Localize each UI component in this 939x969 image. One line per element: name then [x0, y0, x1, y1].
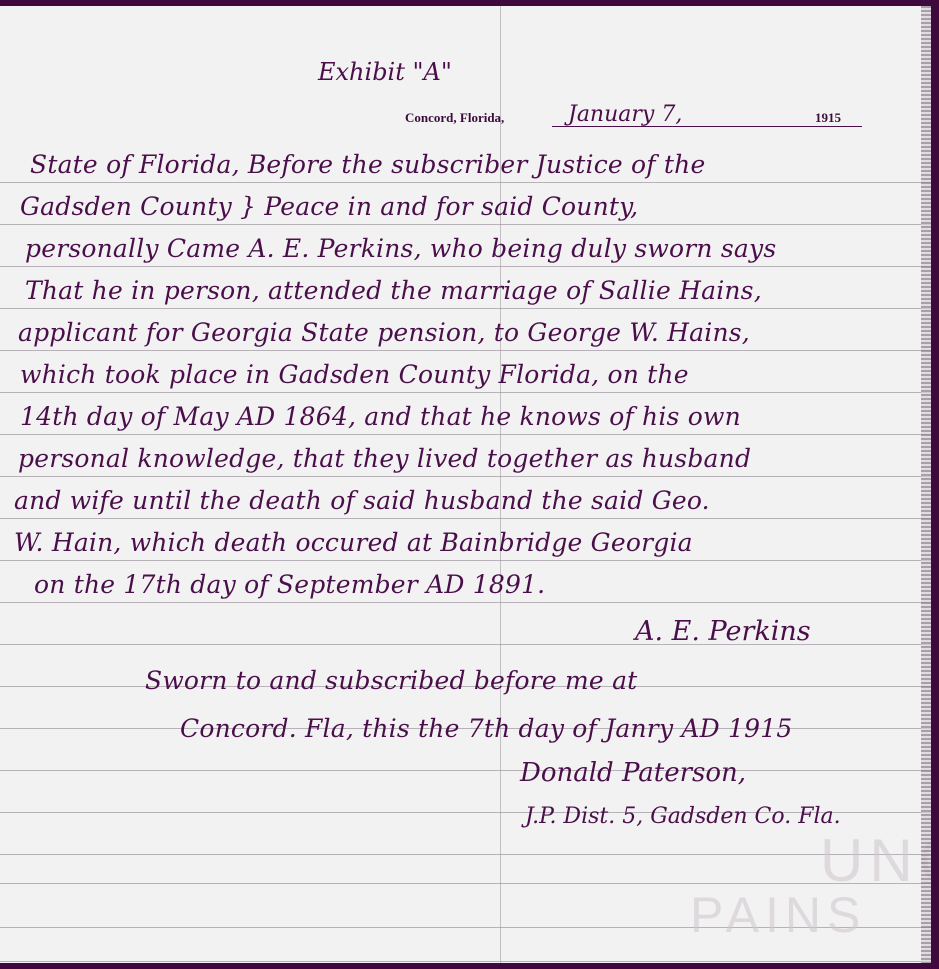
- official-title: J.P. Dist. 5, Gadsden Co. Fla.: [525, 804, 841, 829]
- exhibit-title: Exhibit "A": [318, 58, 452, 86]
- printed-year: 1915: [815, 110, 841, 126]
- ruled-line: [0, 518, 931, 519]
- body-line: State of Florida, Before the subscriber …: [30, 150, 705, 179]
- body-line: Gadsden County } Peace in and for said C…: [20, 192, 638, 221]
- ruled-line: [0, 961, 931, 962]
- ruled-line: [0, 350, 931, 351]
- body-line: personal knowledge, that they lived toge…: [18, 444, 751, 473]
- body-line: personally Came A. E. Perkins, who being…: [25, 234, 776, 263]
- ruled-line: [0, 770, 931, 771]
- faint-stamp: UNG: [820, 826, 931, 895]
- ruled-line: [0, 266, 931, 267]
- ruled-line: [0, 392, 931, 393]
- ruled-line: [0, 182, 931, 183]
- jurat-line: Sworn to and subscribed before me at: [145, 666, 637, 695]
- body-line: on the 17th day of September AD 1891.: [34, 570, 545, 599]
- printed-place: Concord, Florida,: [405, 110, 504, 126]
- document-page: UNG PAINS Exhibit "A" Concord, Florida, …: [0, 6, 931, 963]
- faint-stamp: PAINS: [690, 886, 866, 944]
- handwritten-date: January 7,: [568, 102, 682, 127]
- affiant-signature: A. E. Perkins: [635, 616, 811, 647]
- ruled-line: [0, 854, 931, 855]
- official-signature: Donald Paterson,: [520, 758, 746, 788]
- ruled-line: [0, 883, 931, 884]
- body-line: 14th day of May AD 1864, and that he kno…: [20, 402, 741, 431]
- body-line: which took place in Gadsden County Flori…: [20, 360, 689, 389]
- body-line: and wife until the death of said husband…: [14, 486, 710, 515]
- ruled-line: [0, 224, 931, 225]
- body-line: W. Hain, which death occured at Bainbrid…: [14, 528, 693, 557]
- ruled-line: [0, 602, 931, 603]
- date-underline: [552, 126, 862, 127]
- ruled-line: [0, 476, 931, 477]
- ruled-line: [0, 560, 931, 561]
- body-line: applicant for Georgia State pension, to …: [18, 318, 750, 347]
- jurat-line: Concord. Fla, this the 7th day of Janry …: [180, 714, 792, 743]
- ruled-line: [0, 434, 931, 435]
- ruled-line: [0, 308, 931, 309]
- body-line: That he in person, attended the marriage…: [25, 276, 762, 305]
